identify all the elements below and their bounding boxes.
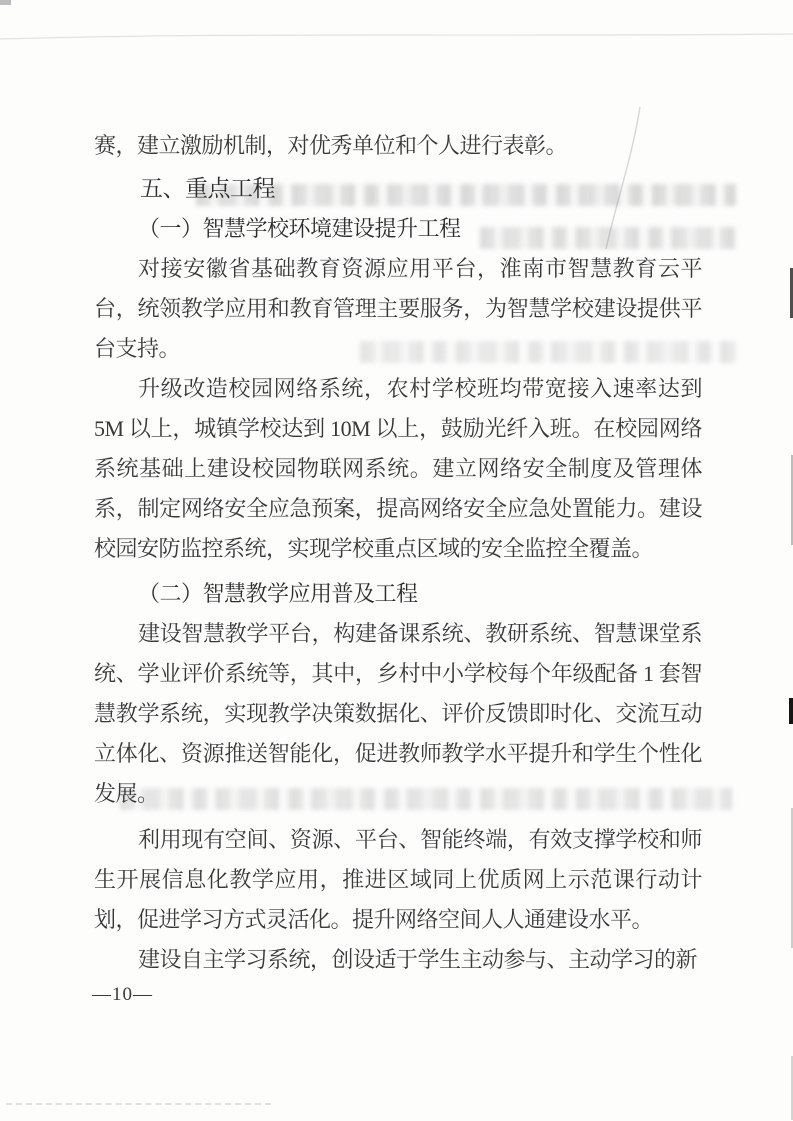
paragraph-continuation: 赛，建立激励机制，对优秀单位和个人进行表彰。 bbox=[94, 126, 702, 166]
paragraph: 建设自主学习系统，创设适于学生主动参与、主动学习的新 bbox=[94, 940, 702, 980]
page-number: —10— bbox=[92, 984, 153, 1006]
section-heading-key-projects: 五、重点工程 bbox=[94, 169, 702, 209]
paragraph: 建设智慧教学平台，构建备课系统、教研系统、智慧课堂系统、学业评价系统等，其中，乡… bbox=[94, 614, 702, 814]
paragraph: 利用现有空间、资源、平台、智能终端，有效支撑学校和师生开展信息化教学应用，推进区… bbox=[94, 820, 702, 940]
document-page: 赛，建立激励机制，对优秀单位和个人进行表彰。 五、重点工程 （一）智慧学校环境建… bbox=[0, 0, 793, 1121]
document-body: 赛，建立激励机制，对优秀单位和个人进行表彰。 五、重点工程 （一）智慧学校环境建… bbox=[94, 126, 702, 980]
subsection-heading-1: （一）智慧学校环境建设提升工程 bbox=[94, 209, 702, 249]
paragraph: 升级改造校园网络系统，农村学校班均带宽接入速率达到 5M 以上，城镇学校达到 1… bbox=[94, 369, 702, 569]
scan-top-crease-line bbox=[0, 30, 793, 44]
paragraph: 对接安徽省基础教育资源应用平台，淮南市智慧教育云平台，统领教学应用和教育管理主要… bbox=[94, 249, 702, 369]
scan-edge-mark bbox=[789, 698, 793, 724]
subsection-heading-2: （二）智慧教学应用普及工程 bbox=[94, 574, 702, 614]
scan-bottom-mark bbox=[6, 1103, 271, 1105]
scan-corner-mark bbox=[0, 0, 11, 5]
